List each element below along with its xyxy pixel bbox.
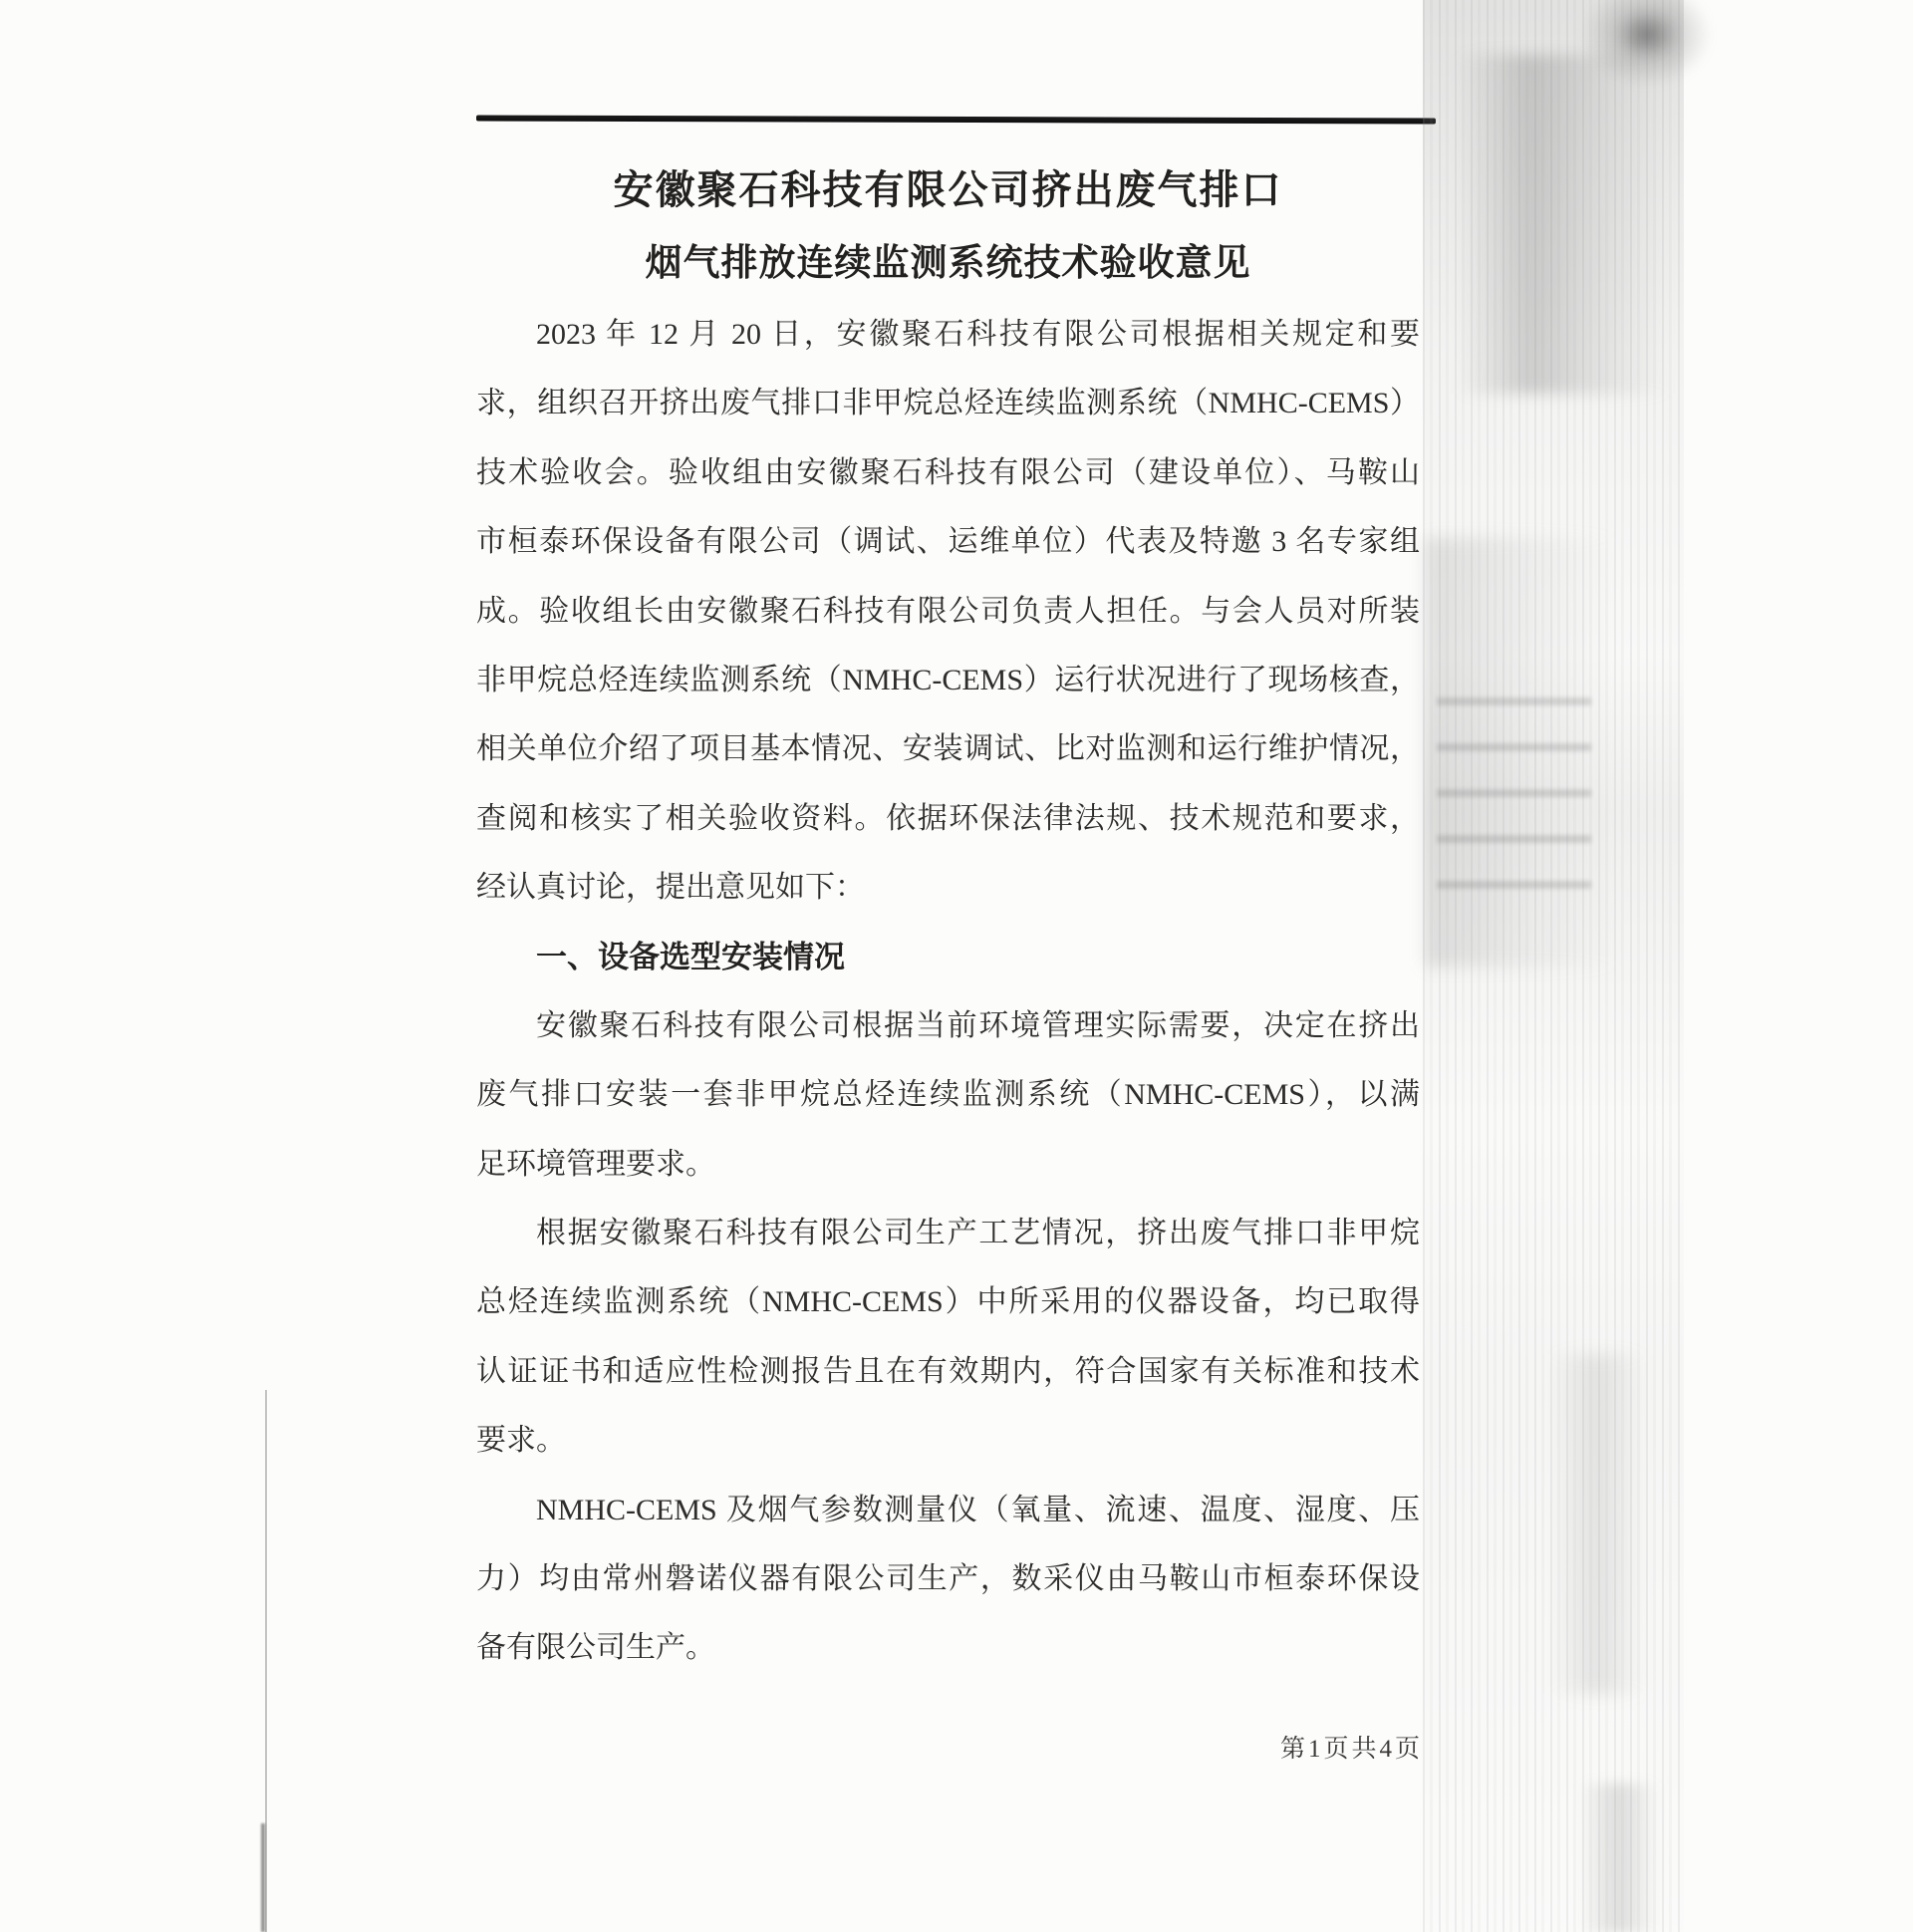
body-line: 求，组织召开挤出废气排口非甲烷总烃连续监测系统（NMHC-CEMS） [476, 369, 1420, 437]
scan-ghost-marks [1437, 697, 1591, 912]
body-line: 总烃连续监测系统（NMHC-CEMS）中所采用的仪器设备，均已取得 [476, 1267, 1420, 1336]
body-line: 非甲烷总烃连续监测系统（NMHC-CEMS）运行状况进行了现场核查， [476, 646, 1420, 714]
scan-shadow-upper [1457, 55, 1671, 394]
body-line: 技术验收会。验收组由安徽聚石科技有限公司（建设单位）、马鞍山 [476, 438, 1420, 507]
body-line: 足环境管理要求。 [476, 1130, 1420, 1199]
body-line: 根据安徽聚石科技有限公司生产工艺情况，挤出废气排口非甲烷 [476, 1199, 1420, 1267]
document-title: 安徽聚石科技有限公司挤出废气排口 烟气排放连续监测系统技术验收意见 [476, 167, 1420, 284]
scan-shadow-bottom [1579, 1784, 1659, 1932]
scan-left-corner-mark [261, 1823, 265, 1932]
body-line: 安徽聚石科技有限公司根据当前环境管理实际需要，决定在挤出 [476, 991, 1420, 1060]
body-line: 认证证书和适应性检测报告且在有效期内，符合国家有关标准和技术 [476, 1337, 1420, 1406]
body-line: 废气排口安装一套非甲烷总烃连续监测系统（NMHC-CEMS），以满 [476, 1060, 1420, 1129]
body-line: 经认真讨论，提出意见如下： [476, 853, 1420, 922]
scan-shadow-lower [1550, 1355, 1645, 1694]
body-line: 成。验收组长由安徽聚石科技有限公司负责人担任。与会人员对所装 [476, 577, 1420, 646]
horizontal-rule [476, 115, 1436, 124]
document-body: 2023 年 12 月 20 日，安徽聚石科技有限公司根据相关规定和要 求，组织… [476, 300, 1420, 1683]
scanned-document-page: 安徽聚石科技有限公司挤出废气排口 烟气排放连续监测系统技术验收意见 2023 年… [0, 0, 1913, 1932]
body-line: 相关单位介绍了项目基本情况、安装调试、比对监测和运行维护情况， [476, 714, 1420, 783]
body-line: 力）均由常州磐诺仪器有限公司生产，数采仪由马鞍山市桓泰环保设 [476, 1544, 1420, 1613]
body-line: 要求。 [476, 1406, 1420, 1475]
body-line: NMHC-CEMS 及烟气参数测量仪（氧量、流速、温度、湿度、压 [476, 1476, 1420, 1544]
scan-left-edge-line [265, 1390, 267, 1932]
body-line: 查阅和核实了相关验收资料。依据环保法律法规、技术规范和要求， [476, 784, 1420, 853]
body-line: 2023 年 12 月 20 日，安徽聚石科技有限公司根据相关规定和要 [476, 300, 1420, 369]
section-heading: 一、设备选型安装情况 [476, 923, 1420, 991]
page-number: 第1页共4页 [1235, 1729, 1423, 1765]
body-line: 备有限公司生产。 [476, 1613, 1420, 1682]
doc-title-line2: 烟气排放连续监测系统技术验收意见 [476, 241, 1420, 284]
body-line: 市桓泰环保设备有限公司（调试、运维单位）代表及特邀 3 名专家组 [476, 507, 1420, 576]
doc-title-line1: 安徽聚石科技有限公司挤出废气排口 [476, 167, 1420, 213]
